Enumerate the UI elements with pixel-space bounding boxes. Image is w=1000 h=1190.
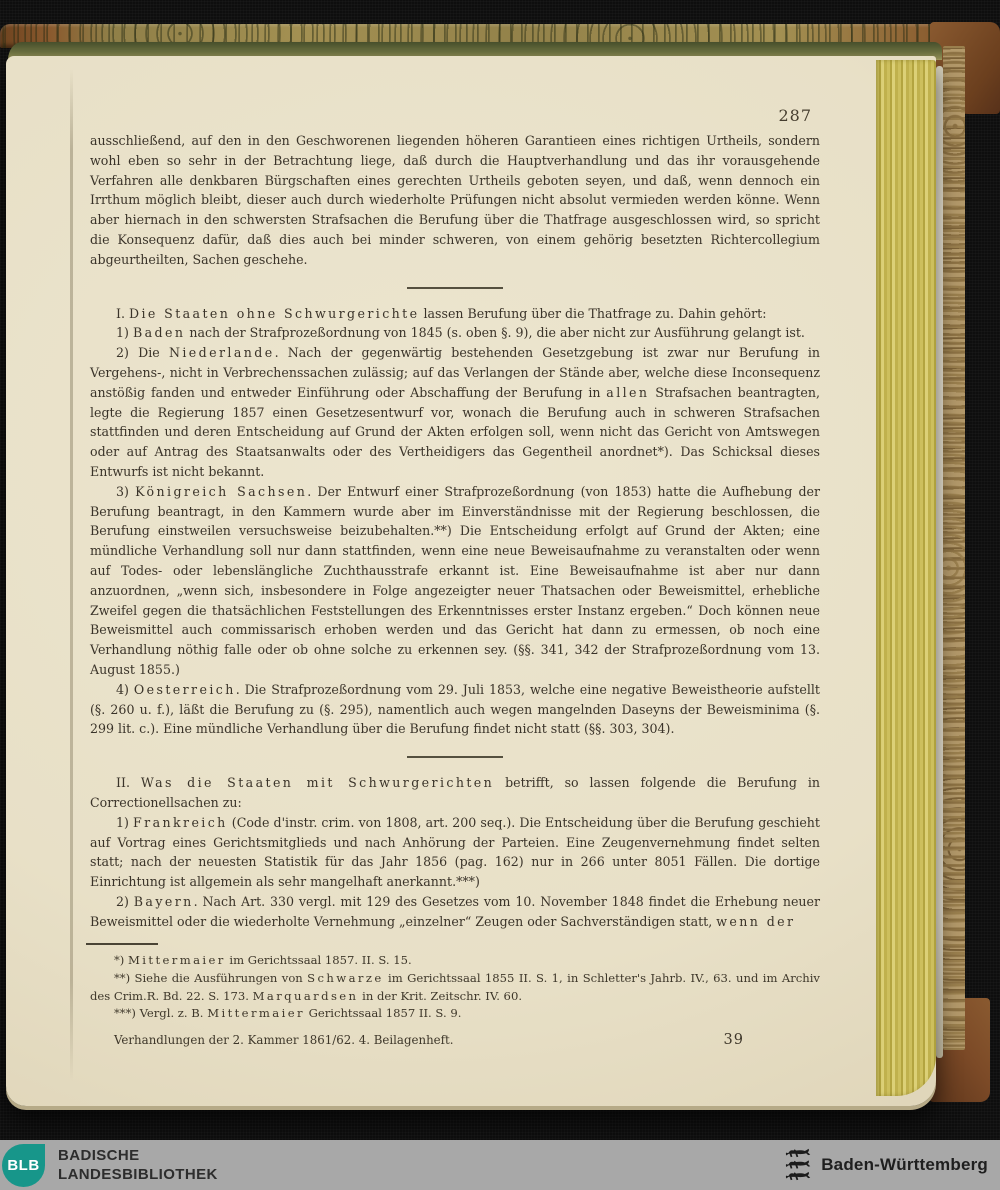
library-footer-bar: BLB BADISCHE LANDESBIBLIOTHEK Baden-Würt…: [0, 1140, 1000, 1190]
footnote-1: *) Mittermaier im Gerichtssaal 1857. II.…: [90, 952, 820, 970]
section-divider-rule: [407, 756, 503, 758]
scanned-book-page: 287 ausschließend, auf den in den Geschw…: [6, 56, 936, 1106]
book-page-edge-highlight: [936, 66, 943, 1058]
section-divider-rule: [407, 287, 503, 289]
signature-row: Verhandlungen der 2. Kammer 1861/62. 4. …: [90, 1032, 820, 1048]
page-text-column: ausschließend, auf den in den Geschworen…: [90, 131, 820, 931]
section-1-heading: I. Die Staaten ohne Schwurgerichte lasse…: [90, 304, 820, 324]
library-name-line2: LANDESBIBLIOTHEK: [58, 1165, 218, 1184]
page-crease: [70, 68, 73, 1082]
section-2-heading: II. Was die Staaten mit Schwurgerichten …: [90, 773, 820, 813]
footnote-list: *) Mittermaier im Gerichtssaal 1857. II.…: [90, 952, 820, 1022]
item-2-niederlande: 2) Die Niederlande. Nach der gegenwärtig…: [90, 343, 820, 482]
footnote-2: **) Siehe die Ausführungen von Schwarze …: [90, 970, 820, 1005]
sheet-number: 39: [724, 1032, 744, 1048]
intro-paragraph: ausschließend, auf den in den Geschworen…: [90, 131, 820, 270]
library-name-line1: BADISCHE: [58, 1146, 218, 1165]
book-marbled-endpaper-edge: [943, 46, 965, 1050]
footnote-3: ***) Vergl. z. B. Mittermaier Gerichtssa…: [90, 1005, 820, 1023]
signature-line: Verhandlungen der 2. Kammer 1861/62. 4. …: [90, 1033, 454, 1047]
baden-wuerttemberg-coat-of-arms-icon: [785, 1145, 812, 1185]
page-number: 287: [90, 56, 820, 131]
state-name: Baden-Württemberg: [821, 1155, 988, 1175]
item-3-sachsen: 3) Königreich Sachsen. Der Entwurf einer…: [90, 482, 820, 680]
footnotes-section: *) Mittermaier im Gerichtssaal 1857. II.…: [90, 943, 820, 1047]
item-2-bayern: 2) Bayern. Nach Art. 330 vergl. mit 129 …: [90, 892, 820, 932]
item-1-baden: 1) Baden nach der Strafprozeßordnung von…: [90, 323, 820, 343]
book-fore-edge: [876, 60, 936, 1096]
state-brand-group: Baden-Württemberg: [785, 1145, 988, 1185]
library-name: BADISCHE LANDESBIBLIOTHEK: [58, 1146, 218, 1184]
item-1-frankreich: 1) Frankreich (Code d'instr. crim. von 1…: [90, 813, 820, 892]
page-content: 287 ausschließend, auf den in den Geschw…: [90, 56, 820, 1048]
footnote-separator-rule: [86, 943, 158, 945]
blb-logo-icon: BLB: [2, 1144, 45, 1187]
item-4-oesterreich: 4) Oesterreich. Die Strafprozeßordnung v…: [90, 680, 820, 739]
